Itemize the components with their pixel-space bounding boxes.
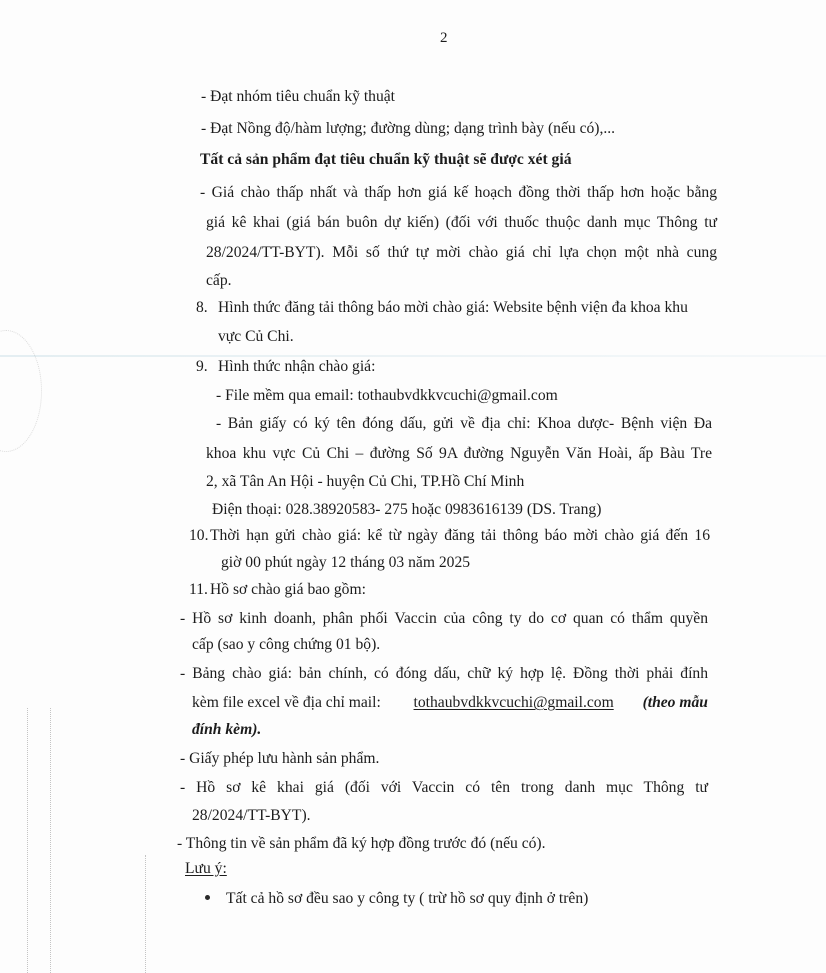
email-link[interactable]: tothaubvdkkvcuchi@gmail.com [414, 693, 614, 713]
section-11-business-line: cấp (sao y công chứng 01 bộ). [192, 635, 380, 655]
scan-streak [0, 355, 826, 357]
page-number: 2 [440, 28, 448, 48]
section-11-number: 11. [189, 580, 208, 600]
criteria-heading: Tất cả sản phẩm đạt tiêu chuẩn kỹ thuật … [200, 150, 572, 170]
section-9-address-line: 2, xã Tân An Hội - huyện Củ Chi, TP.Hồ C… [206, 472, 524, 492]
criteria-item: - Đạt Nồng độ/hàm lượng; đường dùng; dạn… [201, 119, 615, 139]
template-note: đính kèm). [192, 720, 261, 740]
section-9-phone-line: Điện thoại: 028.38920583- 275 hoặc 09836… [212, 500, 601, 520]
section-9-email-line: - File mềm qua email: tothaubvdkkvcuchi@… [216, 386, 558, 406]
scan-dots [145, 855, 147, 973]
section-10-number: 10. [189, 526, 209, 546]
section-9-number: 9. [196, 357, 208, 377]
section-11-title: Hồ sơ chào giá bao gồm: [210, 580, 366, 600]
quote-line-prefix: kèm file excel về địa chỉ mail: [192, 693, 385, 713]
note-label: Lưu ý: [185, 859, 227, 879]
note-bullet-item: Tất cả hồ sơ đều sao y công ty ( trừ hồ … [205, 889, 588, 909]
section-10-line: giờ 00 phút ngày 12 tháng 03 năm 2025 [221, 553, 470, 573]
section-9-title: Hình thức nhận chào giá: [218, 357, 375, 377]
template-note: (theo mẫu [643, 693, 708, 713]
section-10-line: Thời hạn gửi chào giá: kể từ ngày đăng t… [210, 526, 710, 546]
price-rule-line: cấp. [206, 271, 232, 291]
price-rule-line: - Giá chào thấp nhất và thấp hơn giá kế … [200, 183, 717, 203]
scan-dots [50, 708, 52, 973]
scan-stamp-edge [0, 330, 42, 452]
bullet-icon [205, 895, 210, 900]
note-bullet-text: Tất cả hồ sơ đều sao y công ty ( trừ hồ … [226, 890, 588, 907]
section-9-address-line: khoa khu vực Củ Chi – đường Số 9A đường … [206, 444, 712, 464]
section-11-quote-line: kèm file excel về địa chỉ mail: tothaubv… [192, 693, 708, 713]
price-rule-line: 28/2024/TT-BYT). Mỗi số thứ tự mời chào … [206, 243, 717, 263]
document-page: 2 - Đạt nhóm tiêu chuẩn kỹ thuật - Đạt N… [0, 0, 826, 973]
section-11-quote-line: - Bảng chào giá: bản chính, có đóng dấu,… [180, 664, 708, 684]
section-8-number: 8. [196, 298, 208, 318]
section-11-business-line: - Hồ sơ kinh doanh, phân phối Vaccin của… [180, 609, 708, 629]
section-9-address-line: - Bản giấy có ký tên đóng dấu, gửi về đị… [216, 414, 712, 434]
price-rule-line: giá kê khai (giá bán buôn dự kiến) (đối … [206, 213, 717, 233]
scan-dots [27, 708, 29, 973]
section-8-line: vực Củ Chi. [218, 327, 294, 347]
section-11-declaration-line: - Hồ sơ kê khai giá (đối với Vaccin có t… [180, 778, 708, 798]
criteria-item: - Đạt nhóm tiêu chuẩn kỹ thuật [201, 87, 395, 107]
section-11-license-line: - Giấy phép lưu hành sản phẩm. [180, 749, 379, 769]
section-11-contract-line: - Thông tin về sản phẩm đã ký hợp đồng t… [177, 834, 546, 854]
section-11-declaration-line: 28/2024/TT-BYT). [192, 806, 311, 826]
section-8-line: Hình thức đăng tải thông báo mời chào gi… [218, 298, 688, 318]
